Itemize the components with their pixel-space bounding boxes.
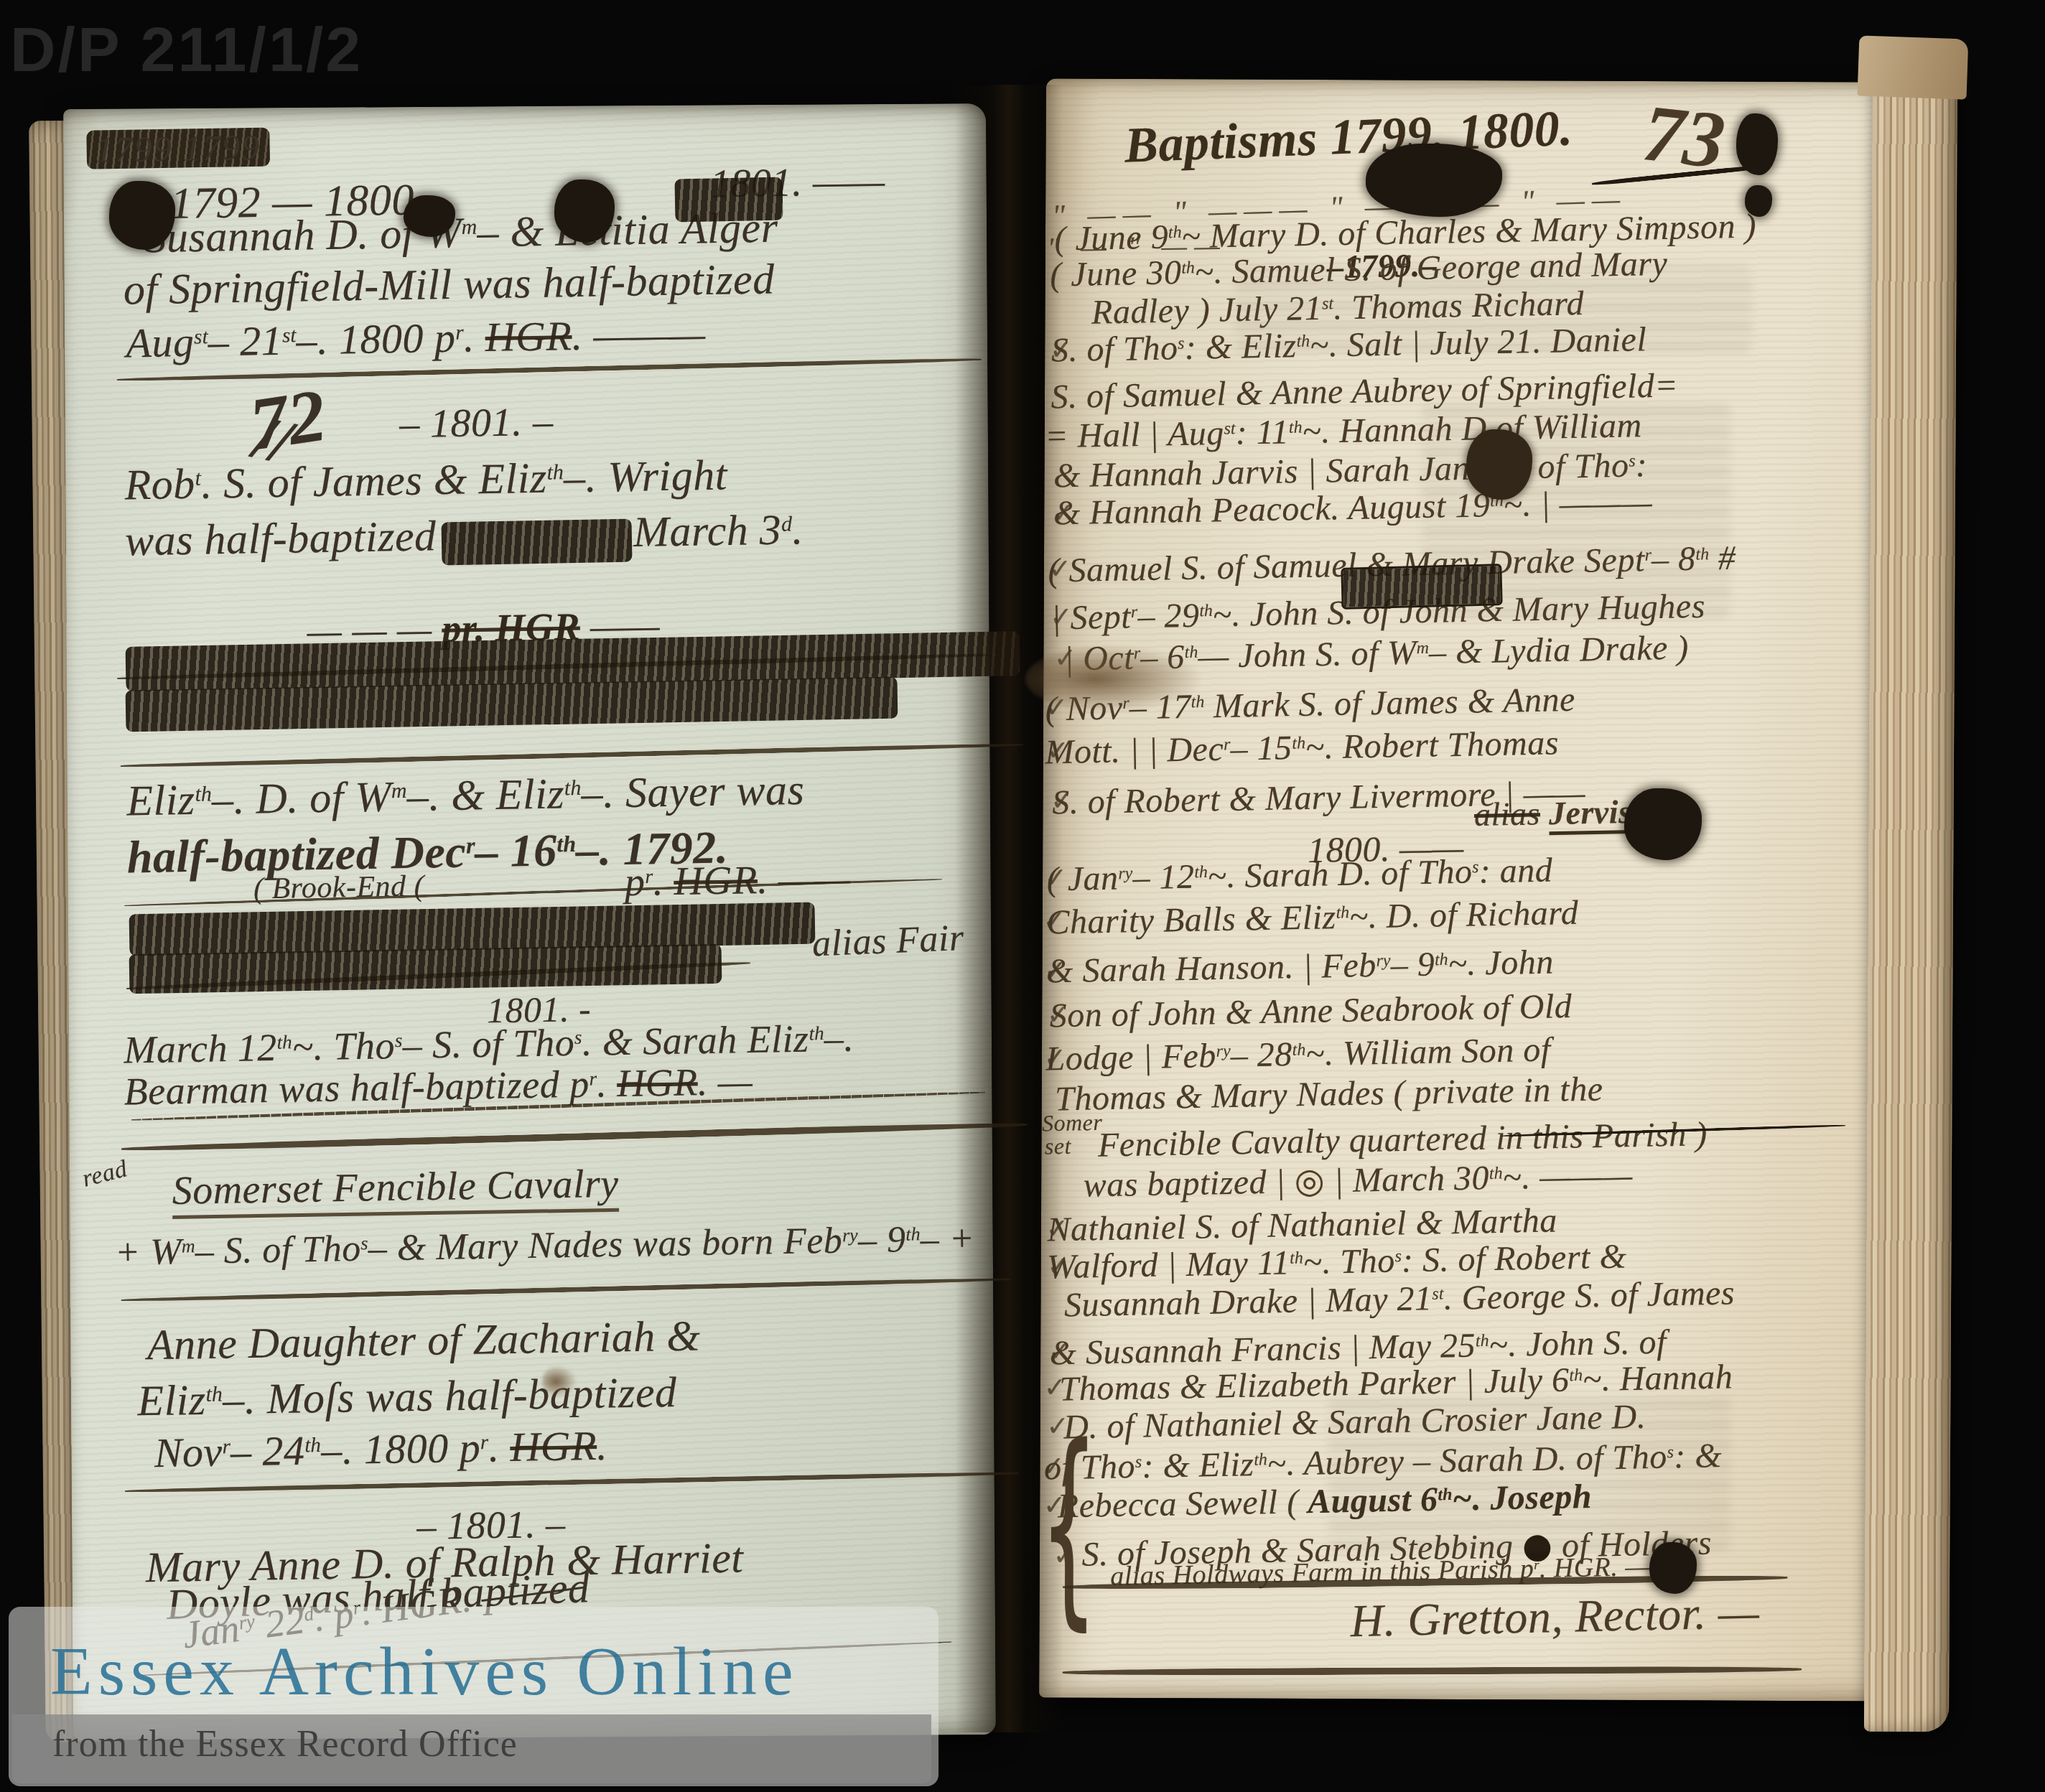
manuscript-line: read	[80, 1156, 130, 1193]
manuscript-line: 1799 1799	[86, 128, 269, 169]
manuscript-line: Charity Balls & Elizth~. D. of Richard	[1046, 895, 1579, 941]
ink-rule	[121, 1121, 1028, 1152]
photographed-register-spread: D/P 211/1/2 1799 17991792 — 1800.1801. —…	[0, 0, 2045, 1792]
ink-rule	[1062, 1666, 1802, 1676]
page-corner-stack	[1858, 35, 1969, 99]
manuscript-line: Bearman was half-baptized pr. HGR. —	[124, 1060, 753, 1113]
ink-blot	[1745, 185, 1772, 217]
manuscript-line: Mott. | | Decr– 15th~. Robert Thomas	[1045, 724, 1559, 771]
manuscript-line: pr. HGR. ——	[624, 857, 851, 905]
book-gutter-shadow	[955, 85, 1063, 1732]
paper-stain	[1025, 645, 1201, 713]
manuscript-line: Son of John & Anne Seabrook of Old	[1049, 988, 1572, 1035]
ink-blot	[1736, 113, 1778, 175]
watermark-title: Essex Archives Online	[50, 1631, 799, 1711]
right-page-lines: Baptisms 1799. 1800.73" —— " ——— " ———— …	[1046, 78, 1892, 82]
ink-blot	[1624, 788, 1702, 860]
page-number-right: 73	[1640, 97, 1728, 177]
ink-rule	[121, 742, 1024, 769]
ink-rule	[121, 1277, 1011, 1302]
ink-blot	[554, 179, 615, 243]
watermark: Essex Archives Online from the Essex Rec…	[9, 1607, 938, 1786]
manuscript-line: + Wm– S. of Thos– & Mary Nades was born …	[115, 1219, 975, 1274]
ink-blot	[1649, 1542, 1697, 1594]
manuscript-line: – 1801. –	[399, 401, 554, 447]
manuscript-line: alias Jervis	[1474, 794, 1632, 833]
ink-bleedthrough	[1235, 266, 1752, 352]
manuscript-line: March 3d.	[633, 506, 803, 556]
manuscript-line: ( Janry– 12th~. Sarah D. of Thos: and	[1046, 852, 1552, 899]
ink-blot	[1466, 429, 1532, 500]
ink-blot	[404, 195, 455, 237]
left-page-lines: 1799 17991792 — 1800.1801. ——Susannah D.…	[63, 103, 986, 109]
ink-bleedthrough	[1328, 1393, 1730, 1551]
ink-blot	[1341, 564, 1502, 610]
manuscript-line: Robt. S. of James & Elizth–. Wright	[124, 452, 727, 509]
book-fore-edge	[1864, 65, 1957, 1732]
manuscript-line: Augst– 21st–. 1800 pr. HGR. ———	[126, 312, 706, 366]
manuscript-line: Thomas & Mary Nades ( private in the	[1055, 1071, 1603, 1119]
archive-reference-label: D/P 211/1/2	[10, 13, 363, 86]
rector-signature: H. Gretton, Rector. —	[1350, 1587, 1760, 1646]
manuscript-line: Anne Daughter of Zachariah &	[146, 1312, 701, 1368]
paper-stain	[542, 1366, 577, 1397]
manuscript-line: was baptized | ◎ | March 30th~. ———	[1083, 1157, 1633, 1205]
watermark-subtitle: from the Essex Record Office	[52, 1723, 518, 1765]
manuscript-line: Novr– 24th–. 1800 pr. HGR.	[154, 1424, 607, 1476]
manuscript-line: Elizth–. D. of Wm–. & Elizth–. Sayer was	[126, 767, 805, 824]
watermark-band: from the Essex Record Office	[12, 1714, 931, 1783]
manuscript-line: alias Fair	[811, 918, 965, 965]
page-heading: Baptisms 1799. 1800.	[1124, 101, 1574, 173]
manuscript-line: Somerset Fencible Cavalry	[172, 1162, 619, 1220]
ink-blot	[1366, 144, 1502, 217]
manuscript-line: of Springfield-Mill was half-baptized	[123, 256, 775, 313]
ink-blot	[674, 177, 783, 223]
manuscript-line: Elizth–. Moſs was half-baptized	[137, 1369, 677, 1424]
ink-blot	[441, 519, 632, 566]
manuscript-line: was half-baptized	[125, 513, 437, 564]
manuscript-line: & Sarah Hanson. | Febry– 9th~. John	[1046, 944, 1554, 991]
ink-blot	[109, 181, 175, 250]
manuscript-line: Lodge | Febry– 28th~. William Son of	[1045, 1032, 1551, 1078]
